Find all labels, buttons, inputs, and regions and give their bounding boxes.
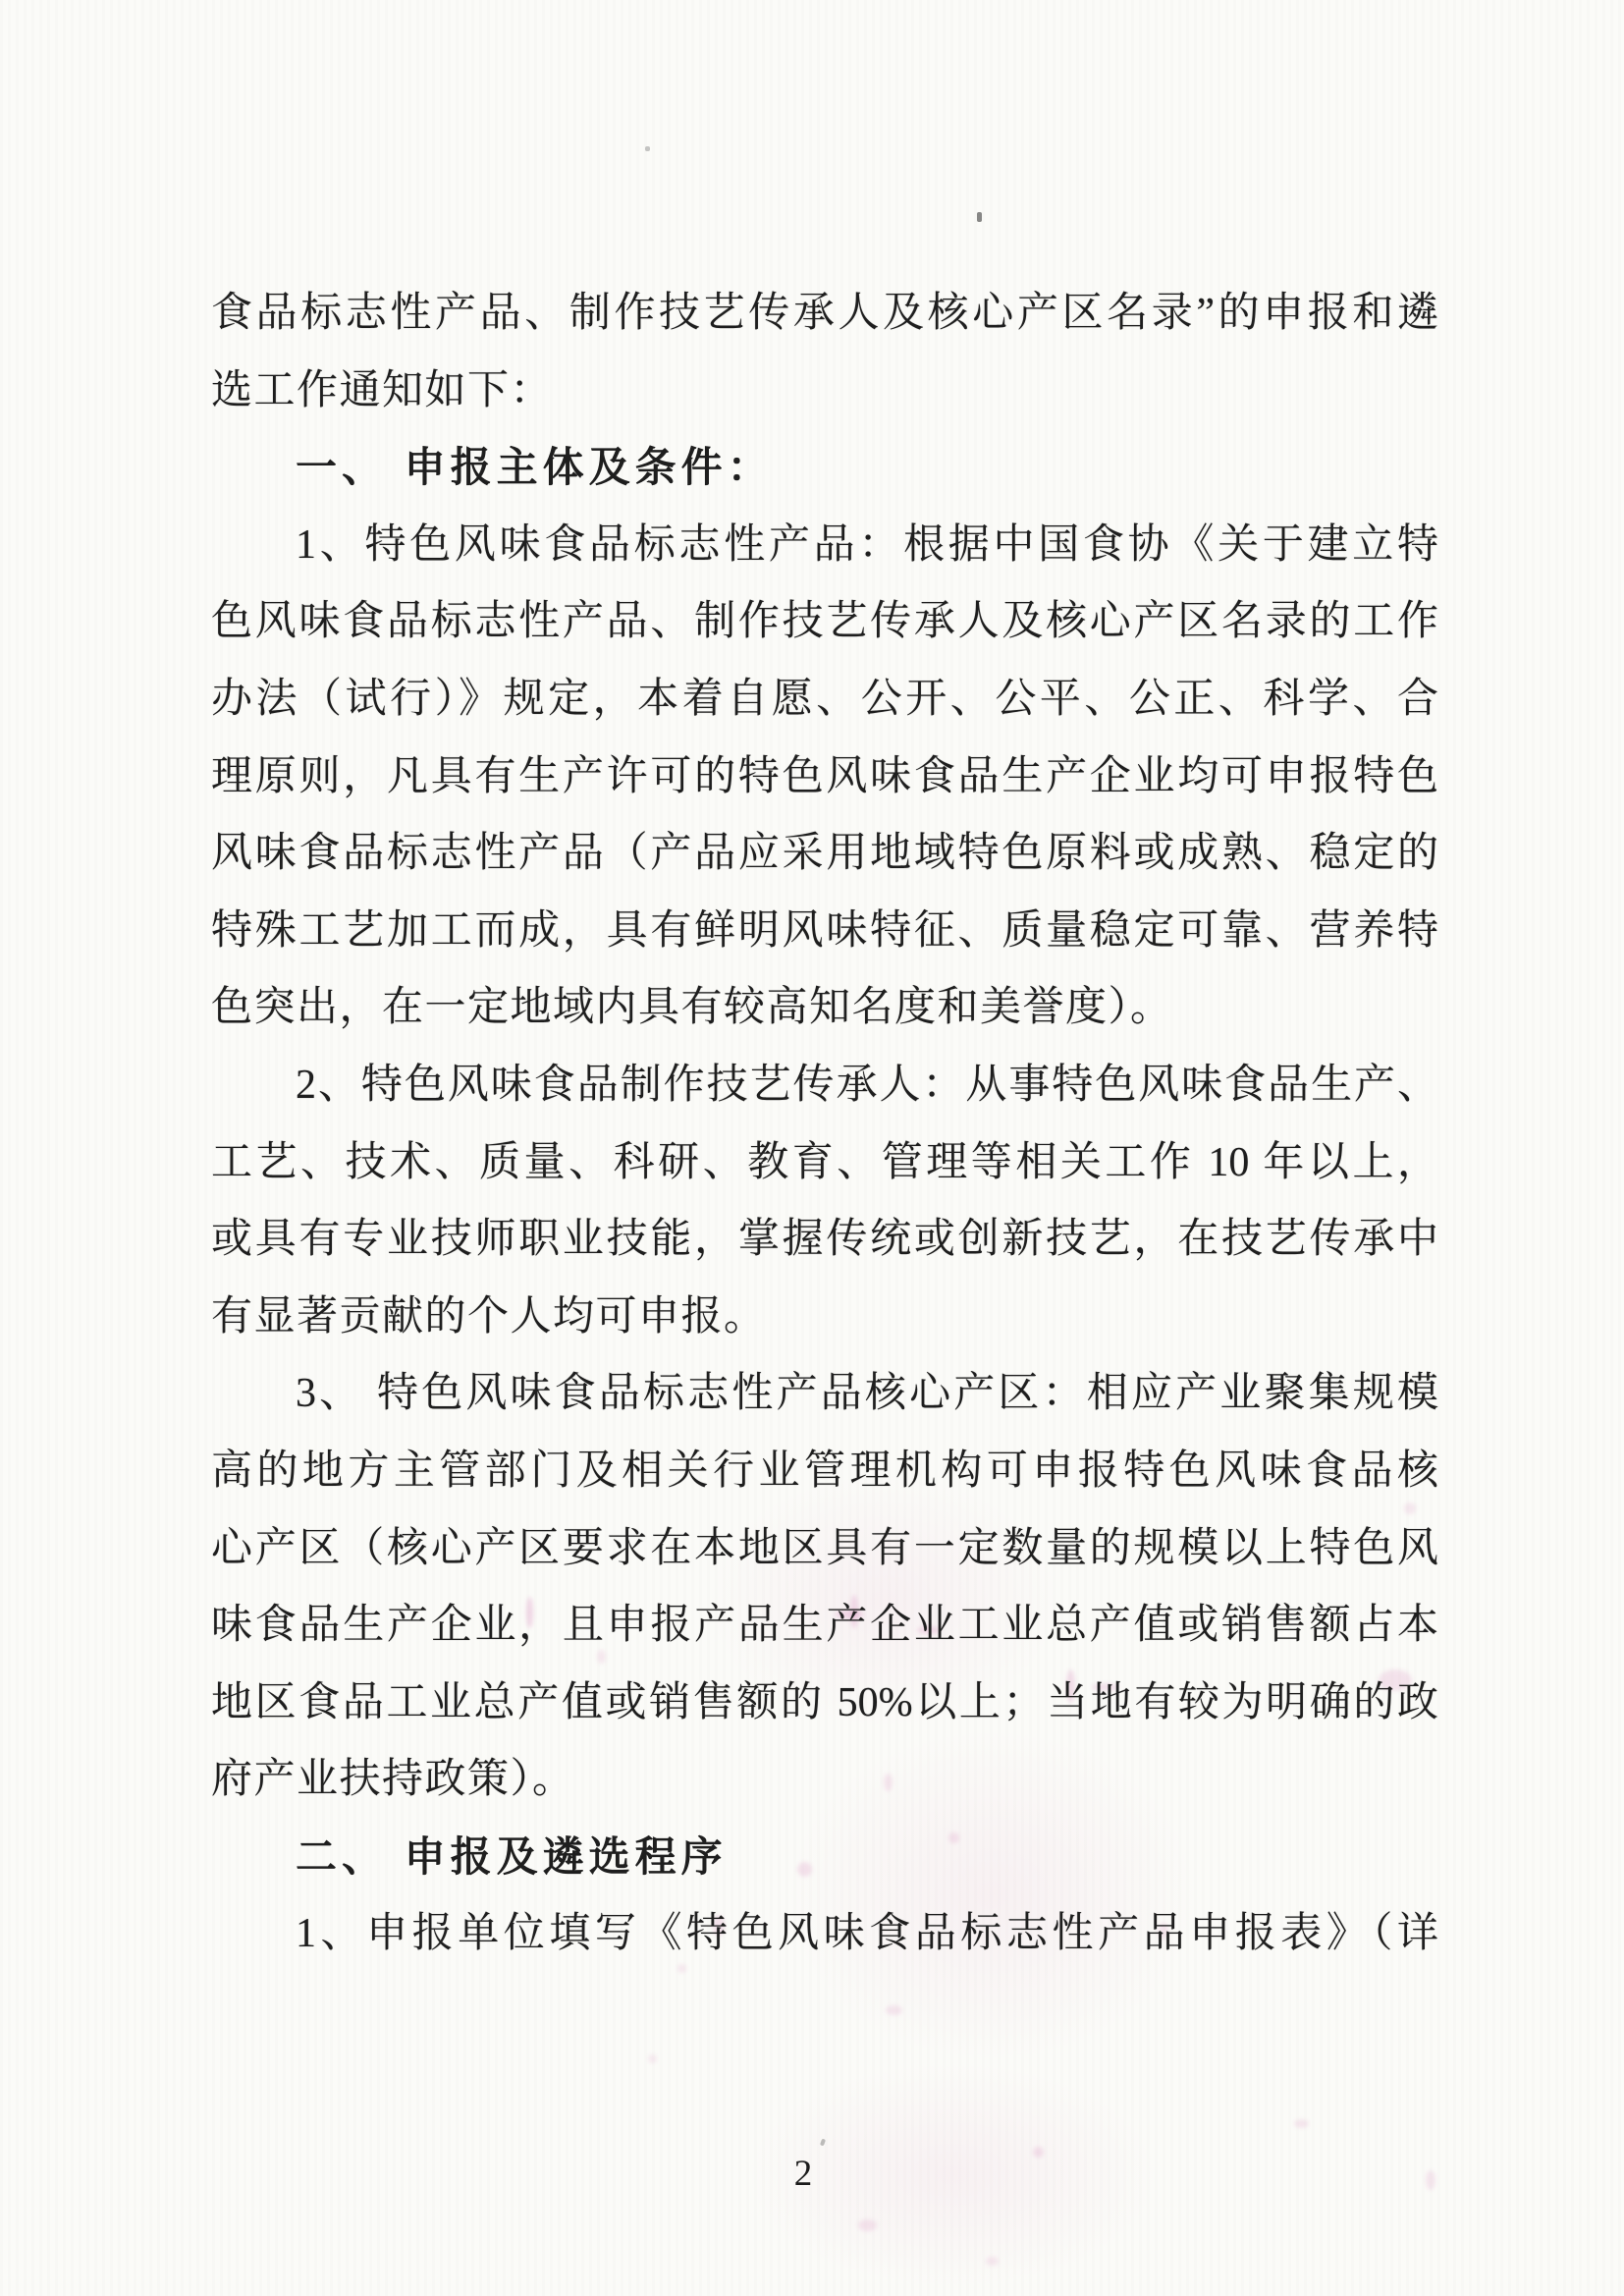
doc-line: 味食品生产企业，且申报产品生产企业工业总产值或销售额占本 [211, 1587, 1438, 1665]
seal-bleed-mark [986, 2257, 999, 2266]
doc-line: 高的地方主管部门及相关行业管理机构可申报特色风味食品核 [211, 1433, 1438, 1510]
seal-bleed-mark [858, 2219, 877, 2231]
scan-speck [645, 146, 650, 151]
doc-line: 理原则，凡具有生产许可的特色风味食品生产企业均可申报特色 [211, 738, 1438, 816]
doc-line: 有显著贡献的个人均可申报。 [211, 1279, 1438, 1356]
doc-line: 地区食品工业总产值或销售额的 50%以上；当地有较为明确的政 [211, 1665, 1438, 1742]
doc-line: 2、特色风味食品制作技艺传承人：从事特色风味食品生产、 [211, 1047, 1438, 1124]
doc-line: 风味食品标志性产品（产品应采用地域特色原料或成熟、稳定的 [211, 815, 1438, 893]
doc-line: 1、特色风味食品标志性产品：根据中国食协《关于建立特 [211, 507, 1438, 584]
doc-line: 心产区（核心产区要求在本地区具有一定数量的规模以上特色风 [211, 1510, 1438, 1588]
scanned-document-page: 食品标志性产品、制作技艺传承人及核心产区名录”的申报和遴 选工作通知如下： 一、… [0, 0, 1624, 2296]
page-number: 2 [774, 2153, 833, 2195]
seal-bleed-mark [648, 2054, 657, 2063]
section-heading-1: 一、 申报主体及条件： [211, 429, 1438, 507]
seal-bleed-mark [1426, 2170, 1435, 2190]
doc-line: 1、申报单位填写《特色风味食品标志性产品申报表》（详 [211, 1895, 1438, 1973]
doc-line: 府产业扶持政策）。 [211, 1741, 1438, 1819]
doc-line: 色风味食品标志性产品、制作技艺传承人及核心产区名录的工作 [211, 583, 1438, 661]
document-body: 食品标志性产品、制作技艺传承人及核心产区名录”的申报和遴 选工作通知如下： 一、… [211, 275, 1438, 1973]
doc-line: 食品标志性产品、制作技艺传承人及核心产区名录”的申报和遴 [211, 275, 1438, 353]
scan-speck [977, 212, 982, 222]
section-heading-2: 二、 申报及遴选程序 [211, 1819, 1438, 1896]
doc-line: 办法（试行）》规定，本着自愿、公开、公平、公正、科学、合 [211, 661, 1438, 738]
doc-line: 3、 特色风味食品标志性产品核心产区：相应产业聚集规模 [211, 1355, 1438, 1433]
doc-line: 或具有专业技师职业技能，掌握传统或创新技艺，在技艺传承中 [211, 1201, 1438, 1279]
doc-line: 工艺、技术、质量、科研、教育、管理等相关工作 10 年以上， [211, 1124, 1438, 1202]
seal-bleed-mark [886, 2005, 902, 2015]
doc-line: 色突出，在一定地域内具有较高知名度和美誉度）。 [211, 969, 1438, 1047]
seal-bleed-mark [1033, 2147, 1044, 2158]
doc-line: 选工作通知如下： [211, 353, 1438, 430]
doc-line: 特殊工艺加工而成，具有鲜明风味特征、质量稳定可靠、营养特 [211, 893, 1438, 970]
seal-bleed-mark [1294, 2119, 1309, 2128]
